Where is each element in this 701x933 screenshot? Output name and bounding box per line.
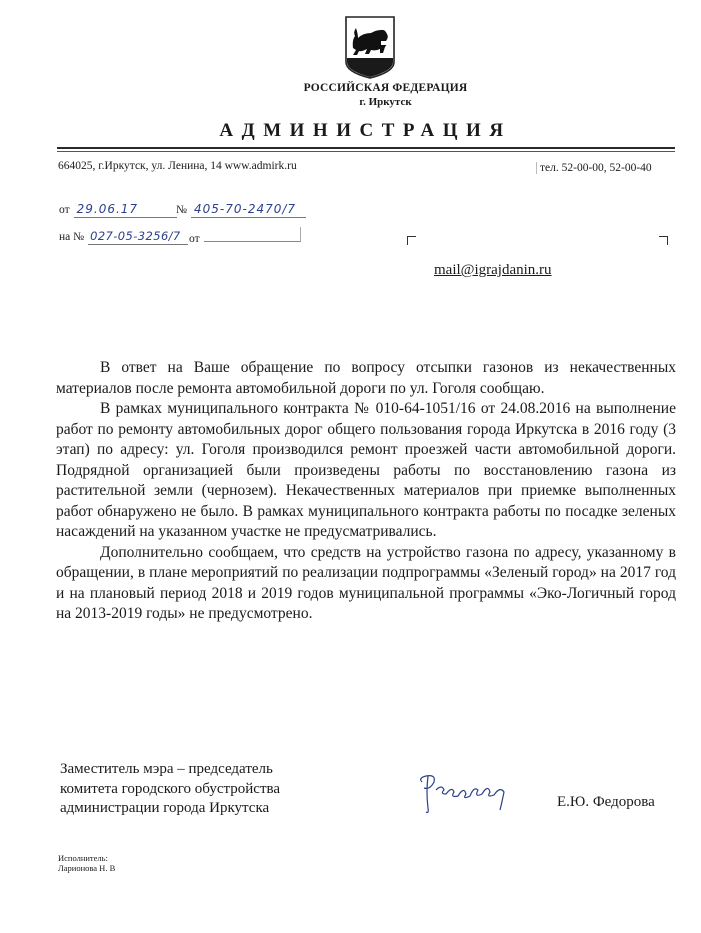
body-paragraph: Дополнительно сообщаем, что средств на у… xyxy=(56,543,676,625)
reply-to-label: на № xyxy=(59,231,84,243)
executor-name: Ларионова Н. В xyxy=(58,863,115,873)
position-line: администрации города Иркутска xyxy=(60,799,280,819)
recipient-email: mail@igrajdanin.ru xyxy=(434,262,552,279)
organization-title: АДМИНИСТРАЦИЯ xyxy=(0,120,701,142)
reply-to-number-field: на № 027-05-3256/7 xyxy=(59,227,188,245)
date-label: от xyxy=(59,204,70,216)
signatory-name: Е.Ю. Федорова xyxy=(557,794,655,811)
reply-date-value xyxy=(204,227,301,242)
position-line: Заместитель мэра – председатель xyxy=(60,760,280,780)
signatory-position: Заместитель мэра – председатель комитета… xyxy=(60,760,280,819)
reply-to-value: 027-05-3256/7 xyxy=(88,229,188,245)
number-value: 405-70-2470/7 xyxy=(191,202,306,218)
body-paragraph: В рамках муниципального контракта № 010-… xyxy=(56,399,676,543)
coat-of-arms-icon xyxy=(343,14,397,80)
executor-info: Исполнитель: Ларионова Н. В xyxy=(58,853,115,873)
country-heading: РОССИЙСКАЯ ФЕДЕРАЦИЯ xyxy=(0,82,701,94)
letter-body: В ответ на Ваше обращение по вопросу отс… xyxy=(56,358,676,625)
address-corner-left xyxy=(407,236,416,245)
executor-label: Исполнитель: xyxy=(58,853,115,863)
number-label: № xyxy=(176,204,187,216)
outgoing-date-field: от 29.06.17 xyxy=(59,200,177,218)
organization-phone: тел. 52-00-00, 52-00-40 xyxy=(536,162,652,174)
body-paragraph: В ответ на Ваше обращение по вопросу отс… xyxy=(56,358,676,399)
handwritten-signature xyxy=(414,768,524,823)
outgoing-number-field: № 405-70-2470/7 xyxy=(176,200,306,218)
reply-date-field: от xyxy=(189,227,301,247)
reply-date-label: от xyxy=(189,233,200,245)
position-line: комитета городского обустройства xyxy=(60,780,280,800)
address-corner-right xyxy=(659,236,668,245)
organization-address: 664025, г.Иркутск, ул. Ленина, 14 www.ad… xyxy=(58,160,297,172)
city-heading: г. Иркутск xyxy=(0,96,701,108)
header-divider xyxy=(57,147,675,152)
date-value: 29.06.17 xyxy=(74,202,177,218)
